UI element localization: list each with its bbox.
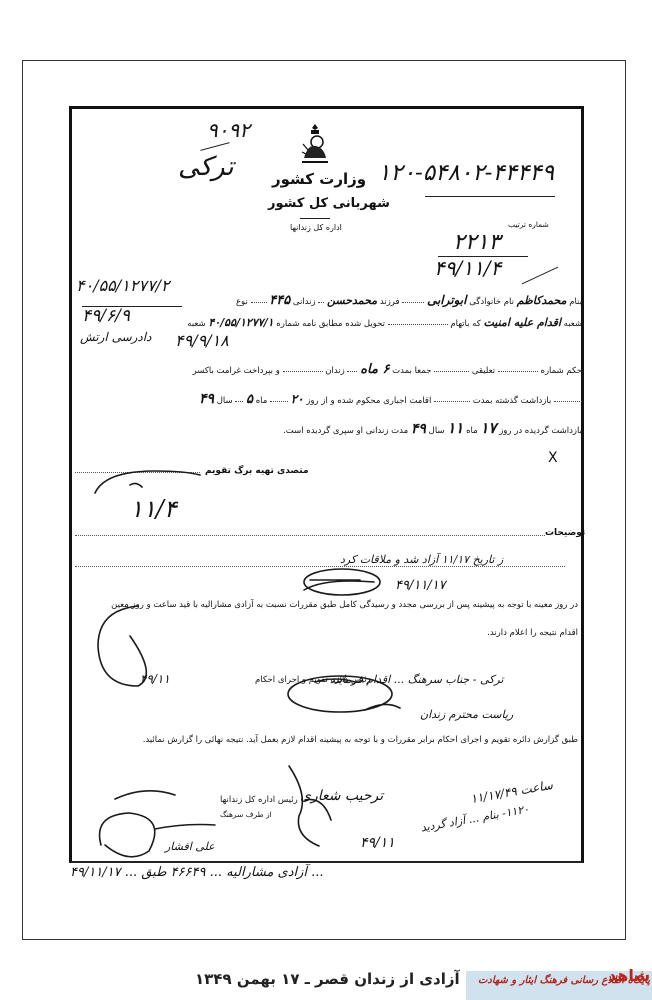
label-type: نوع	[236, 297, 248, 307]
prisoner-no: ۴۴۵	[269, 293, 290, 308]
label-branch2: شعبه	[187, 319, 205, 329]
instruction-line-3: طبق گزارش دائره تقویم و اجرای احکام براب…	[143, 735, 578, 745]
police-title: شهربانی کل کشور	[268, 196, 390, 211]
label-prisoner: زندانی	[293, 297, 316, 307]
file-number: ۱۲۰-۵۴۸۰۲-۴۴۴۴۹	[378, 160, 554, 186]
head-handwritten: ترحیب شعاری	[300, 788, 383, 804]
row4: بازداشت گذشته بمدت اقامت اجباری محکوم شد…	[199, 391, 582, 407]
row4-day: ۲۰	[291, 392, 304, 406]
lion-and-sun-emblem-icon	[298, 122, 332, 168]
margin-note-2: ۴۹/۶/۹	[82, 306, 130, 326]
row5: بازداشت گردیده در روز ۱۷ ماه ۱۱ سال ۴۹ م…	[283, 419, 582, 437]
duration-value: ۶ ماه	[360, 362, 389, 377]
notes-label: توضیحات	[545, 528, 585, 538]
name-value: محمدکاظم	[517, 294, 567, 307]
head-label: رئیس اداره کل زندانها	[220, 795, 298, 805]
label-month: ماه	[256, 396, 268, 406]
label-accused: که باتهام	[450, 319, 480, 329]
caption-text: آزادی از زندان قصر ـ ۱۷ بهمن ۱۳۴۹	[195, 970, 460, 988]
label-family: نام خانوادگی	[469, 297, 514, 307]
bottom-handwriting: ... آزادی مشارالیه ... ۴۶۶۴۹ طبق ... ۴۹/…	[70, 865, 324, 880]
label-name: بنام	[569, 297, 582, 307]
row1-name-label: بنام محمدکاظم نام خانوادگی ابوترابی فرزن…	[236, 293, 582, 308]
branch-value: اقدام علیه امنیت	[484, 316, 561, 329]
top-left-number: ۹۰۹۲	[207, 118, 250, 142]
label-sentenced-from: محکوم شده و از روز	[306, 396, 380, 406]
label-fine: و بپرداخت غرامت باکسر	[193, 366, 280, 376]
label-child-of: فرزند	[380, 297, 400, 307]
right-note-3: ۴۹/۱۱	[360, 835, 395, 851]
row2: شعبه اقدام علیه امنیت که باتهام تحویل شد…	[187, 316, 582, 329]
department-title: اداره کل زندانها	[290, 223, 342, 232]
row5-year: ۴۹	[411, 421, 426, 437]
notes-date: ۴۹/۱۱/۱۷	[395, 578, 446, 593]
branch2-value: دادرسی ارتش	[80, 330, 151, 344]
label-year: سال	[217, 396, 233, 406]
label-branch: شعبه	[564, 319, 582, 329]
file-number-underline	[425, 196, 555, 197]
label-prison: زندان	[325, 366, 345, 376]
officer-scribble-text: ۴۹/۱۱	[140, 672, 170, 686]
instruction-line-1: در روز معینه با توجه به پیشینه پس از برر…	[111, 600, 578, 610]
label-verdict-no: حکم شماره	[541, 366, 583, 376]
row4-year: ۴۹	[199, 391, 214, 407]
stamp-signature	[300, 560, 390, 605]
calendar-officer-note: ۱۱/۴	[130, 495, 177, 523]
letter-no: ۴۰/۵۵/۱۲۷۷/۱	[208, 316, 273, 329]
ministry-title: وزارت کشور	[272, 170, 366, 188]
letter-date: ۴۹/۹/۱۸	[175, 331, 229, 350]
row5-day: ۱۷	[480, 419, 496, 437]
label-month-5: ماه	[466, 426, 478, 436]
label-year-5: سال	[429, 426, 445, 436]
row3: حکم شماره تعلیقی جمعا بمدت ۶ ماه زندان و…	[193, 362, 582, 377]
officer-signature	[285, 670, 405, 715]
head-signature	[95, 785, 225, 865]
center-signature	[285, 760, 355, 850]
family-value: ابوترابی	[427, 293, 467, 307]
label-detained-on: بازداشت گردیده در روز	[499, 426, 582, 436]
calendar-officer-label: متصدی تهیه برگ تقویم	[205, 466, 309, 476]
label-duration: جمعا بمدت	[392, 366, 431, 376]
divider	[300, 218, 330, 219]
mark-x: X	[548, 450, 558, 466]
instruction-line-2: اقدام نتیجه را اعلام دارند.	[487, 628, 578, 638]
sequence-value: ۲۲۱۳	[453, 230, 500, 255]
notes-line	[75, 535, 545, 536]
row4-month: ۵	[246, 392, 253, 407]
label-forced-residence: اقامت اجباری	[383, 396, 431, 406]
rank-label: از طرف سرهنگ	[220, 810, 272, 819]
label-past-detention: بازداشت گذشته بمدت	[473, 396, 552, 406]
row5-month: ۱۱	[447, 419, 463, 437]
top-left-note: ترکی	[178, 152, 234, 182]
site-logo-text: پایگاه اطلاع رسانی فرهنگ ایثار و شهادت	[478, 975, 650, 986]
margin-note-1: ۴۰/۵۵/۱۲۷۷/۲	[76, 276, 170, 295]
father-value: محمدحسن	[327, 294, 377, 307]
label-suspended: تعلیقی	[472, 366, 495, 376]
officer-note: ریاست محترم زندان	[420, 708, 513, 721]
sequence-label: شماره ترتیب	[508, 220, 549, 229]
sequence-value-2: ۴۹/۱۱/۴	[434, 256, 501, 280]
name-handwritten: علی افشار	[165, 840, 215, 853]
label-served: مدت زندانی او سپری گردیده است.	[283, 426, 408, 436]
label-delivered: تحویل شده مطابق نامه شماره	[276, 319, 385, 329]
